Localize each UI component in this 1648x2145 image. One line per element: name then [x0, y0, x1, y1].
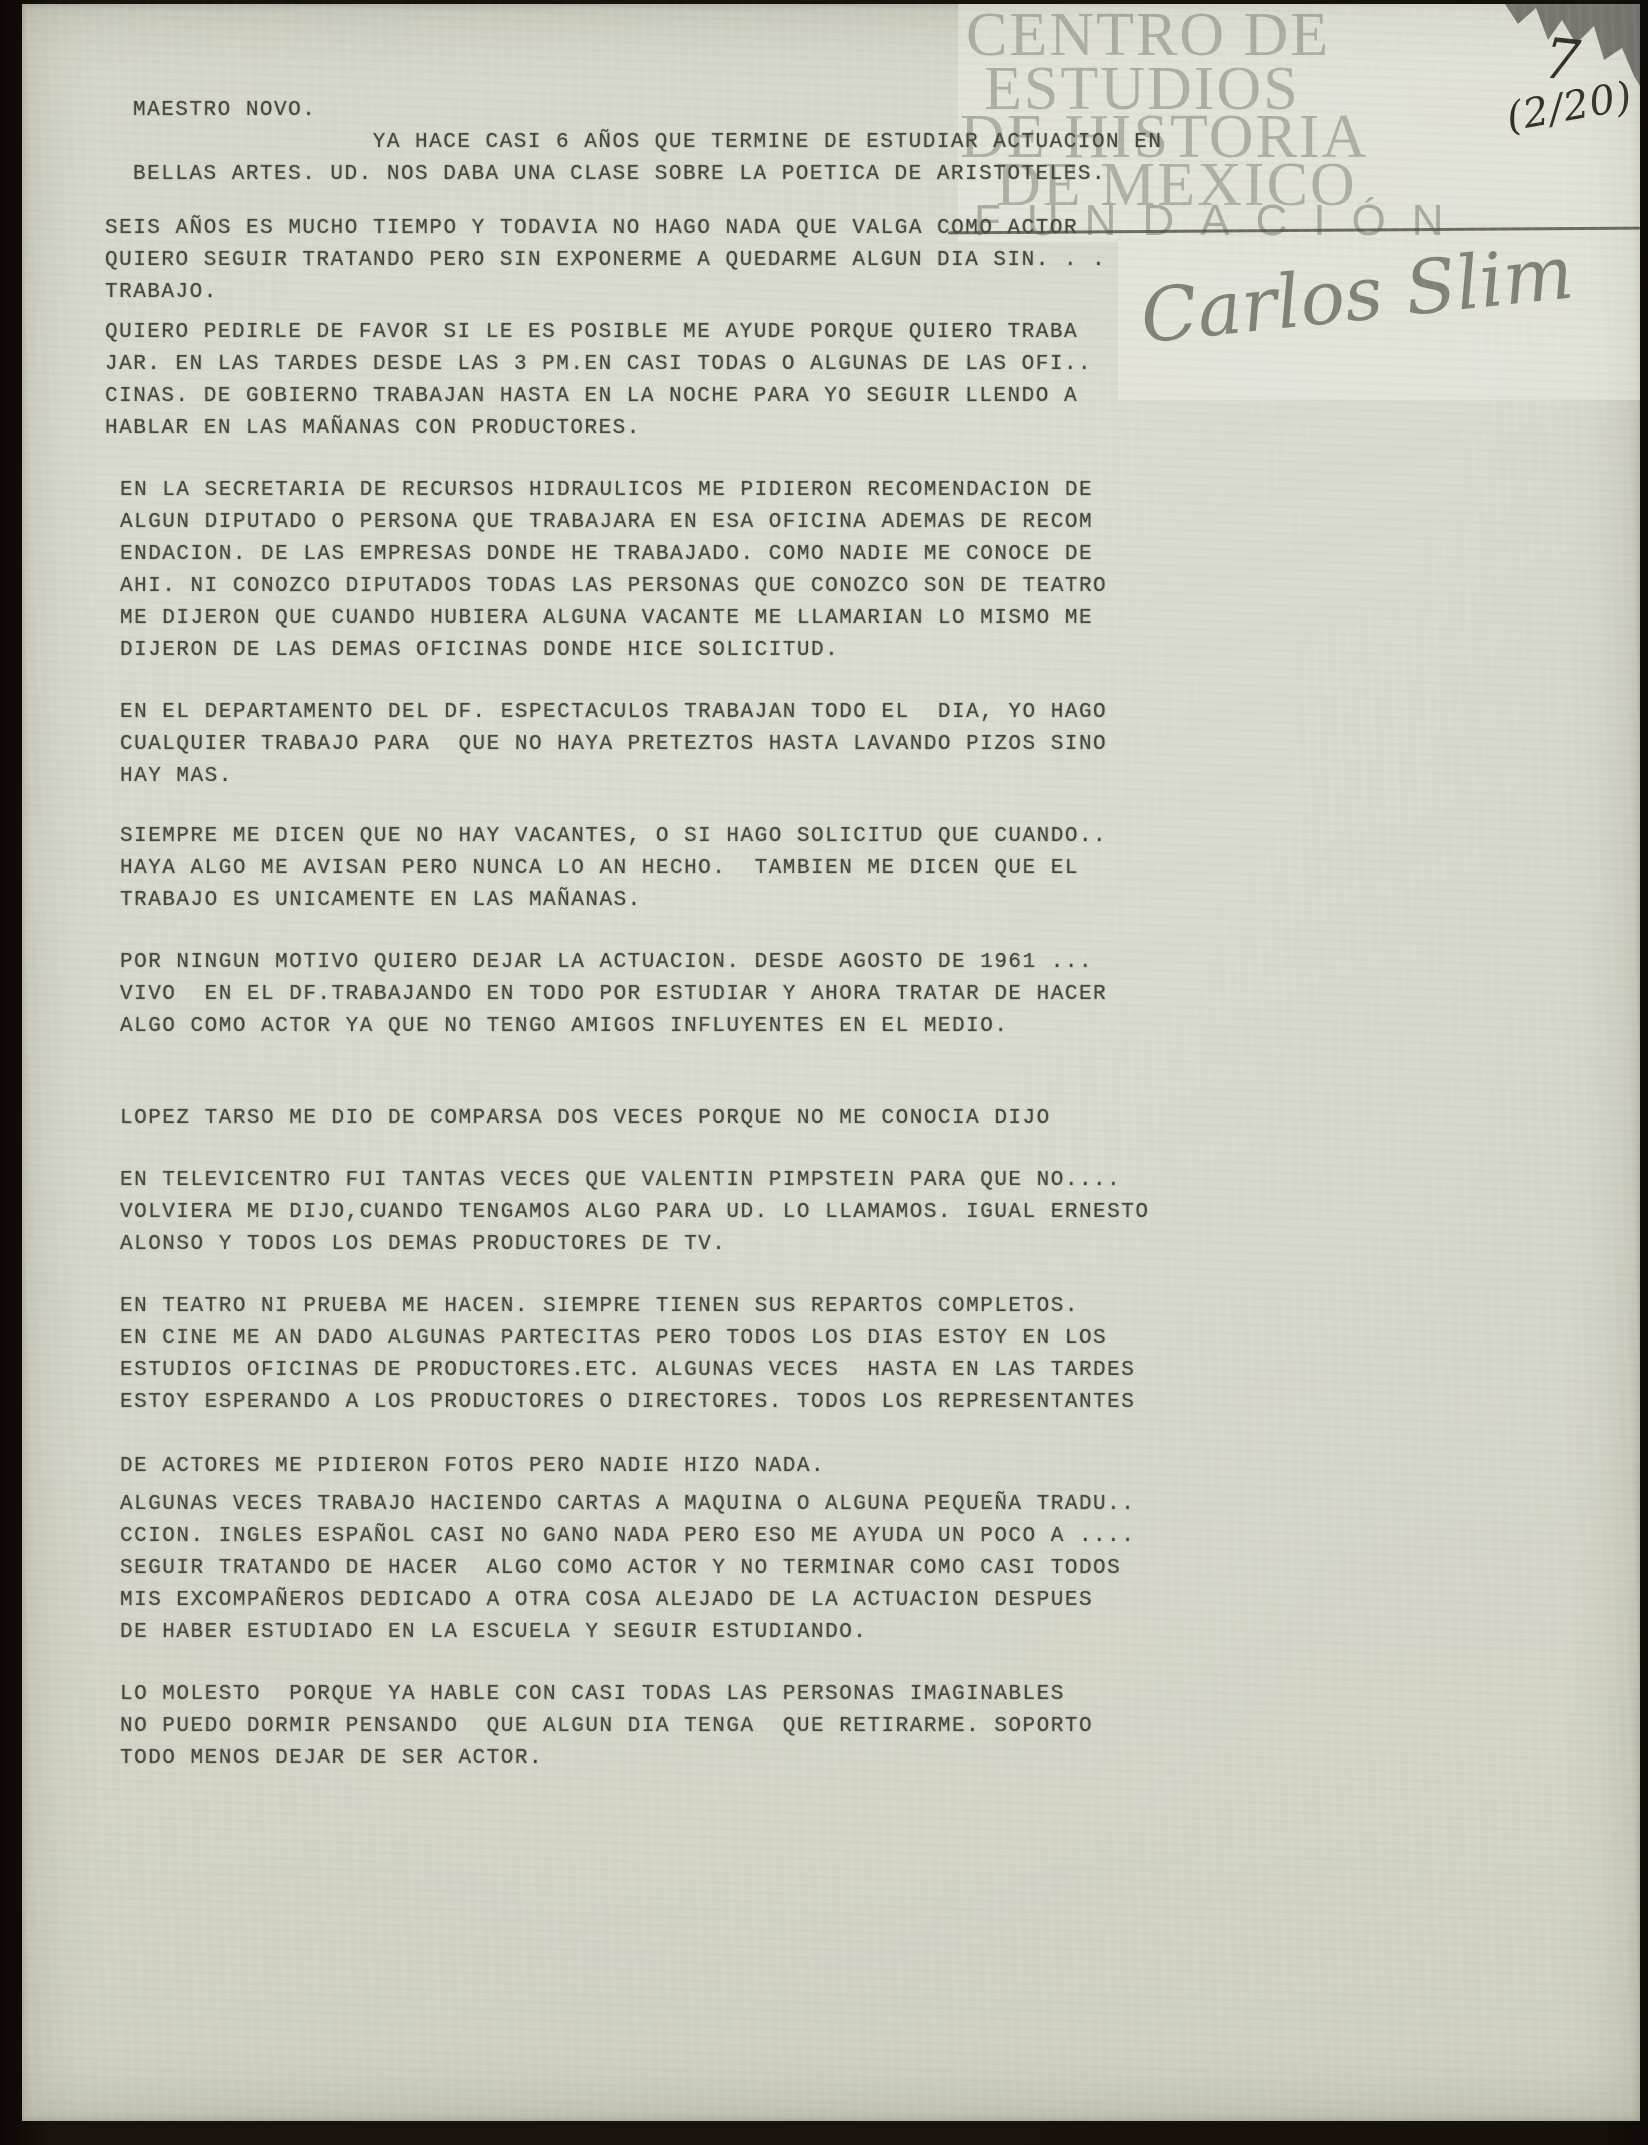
letter-paragraph: EN EL DEPARTAMENTO DEL DF. ESPECTACULOS …: [120, 697, 1107, 793]
letter-salutation: MAESTRO NOVO.: [133, 95, 316, 127]
letter-paragraph: SIEMPRE ME DICEN QUE NO HAY VACANTES, O …: [120, 821, 1107, 917]
letter-paragraph: SEIS AÑOS ES MUCHO TIEMPO Y TODAVIA NO H…: [105, 213, 1106, 309]
letter-paragraph: LOPEZ TARSO ME DIO DE COMPARSA DOS VECES…: [120, 1103, 1051, 1135]
letter-paragraph: EN TEATRO NI PRUEBA ME HACEN. SIEMPRE TI…: [120, 1291, 1135, 1483]
letter-paragraph: YA HACE CASI 6 AÑOS QUE TERMINE DE ESTUD…: [133, 127, 1162, 191]
letter-paragraph: LO MOLESTO PORQUE YA HABLE CON CASI TODA…: [120, 1679, 1093, 1775]
letter-paragraph: ALGUNAS VECES TRABAJO HACIENDO CARTAS A …: [120, 1489, 1135, 1649]
scanned-letter-page: { "document": { "kind": "typewritten-let…: [0, 0, 1648, 2145]
letter-paragraph: QUIERO PEDIRLE DE FAVOR SI LE ES POSIBLE…: [105, 317, 1092, 445]
letter-paragraph: EN LA SECRETARIA DE RECURSOS HIDRAULICOS…: [120, 475, 1107, 667]
letter-paragraph: EN TELEVICENTRO FUI TANTAS VECES QUE VAL…: [120, 1165, 1149, 1261]
letter-paragraph: POR NINGUN MOTIVO QUIERO DEJAR LA ACTUAC…: [120, 947, 1107, 1043]
